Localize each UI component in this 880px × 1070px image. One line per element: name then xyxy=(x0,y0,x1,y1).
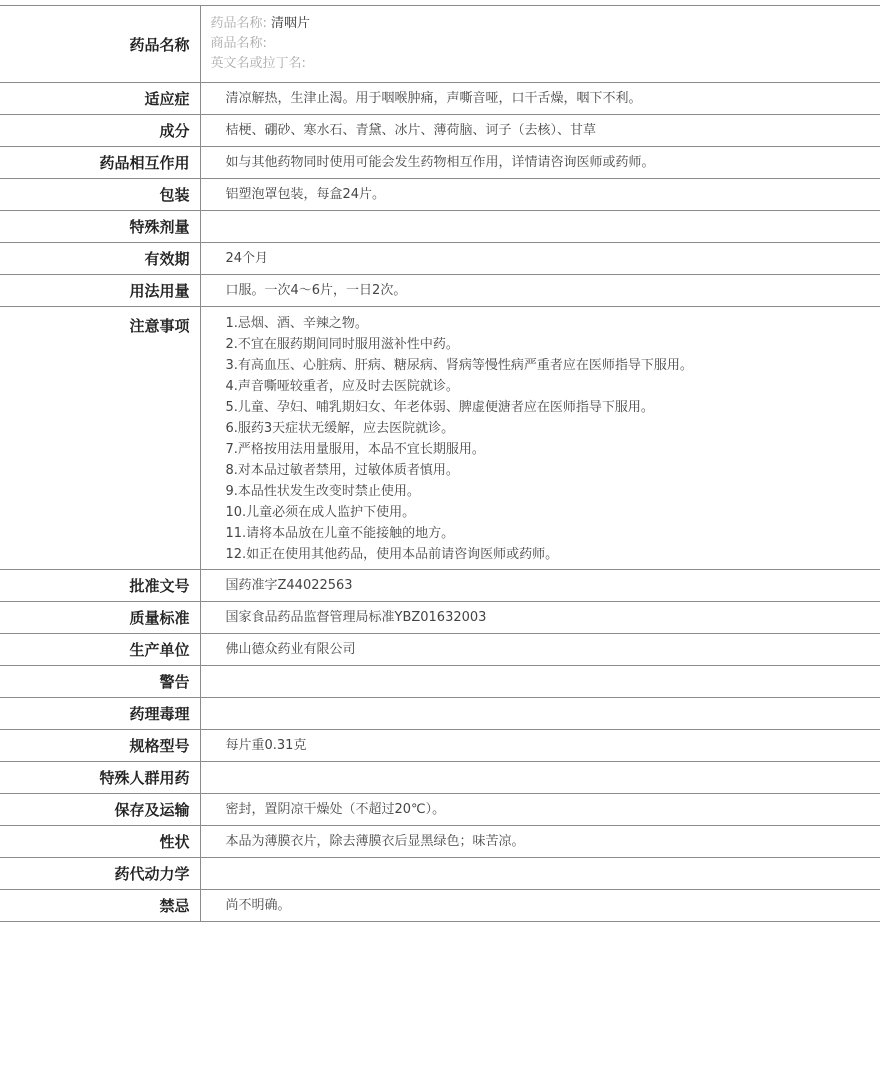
row-label: 药品名称 xyxy=(0,6,200,83)
row-value: 国家食品药品监督管理局标准YBZ01632003 xyxy=(200,602,880,634)
row-specification: 规格型号 每片重0.31克 xyxy=(0,730,880,762)
row-label: 保存及运输 xyxy=(0,794,200,826)
row-value: 密封，置阴凉干燥处（不超过20℃）。 xyxy=(200,794,880,826)
generic-name-line: 药品名称: 清咽片 xyxy=(211,14,880,34)
row-label: 禁忌 xyxy=(0,890,200,922)
drug-spec-table: 药品名称 药品名称: 清咽片 商品名称: 英文名或拉丁名: 适应症 清凉解热，生… xyxy=(0,5,880,922)
trade-name-label: 商品名称: xyxy=(211,36,267,51)
row-packaging: 包装 铝塑泡罩包装，每盒24片。 xyxy=(0,179,880,211)
precaution-item: 4.声音嘶哑较重者，应及时去医院就诊。 xyxy=(226,376,880,397)
row-label: 性状 xyxy=(0,826,200,858)
row-value: 每片重0.31克 xyxy=(200,730,880,762)
row-label: 成分 xyxy=(0,115,200,147)
row-value: 如与其他药物同时使用可能会发生药物相互作用，详情请咨询医师或药师。 xyxy=(200,147,880,179)
row-value: 清凉解热，生津止渴。用于咽喉肿痛，声嘶音哑，口干舌燥，咽下不利。 xyxy=(200,83,880,115)
row-value: 佛山德众药业有限公司 xyxy=(200,634,880,666)
row-manufacturer: 生产单位 佛山德众药业有限公司 xyxy=(0,634,880,666)
trade-name-line: 商品名称: xyxy=(211,34,880,54)
row-storage-transport: 保存及运输 密封，置阴凉干燥处（不超过20℃）。 xyxy=(0,794,880,826)
row-quality-standard: 质量标准 国家食品药品监督管理局标准YBZ01632003 xyxy=(0,602,880,634)
row-value: 铝塑泡罩包装，每盒24片。 xyxy=(200,179,880,211)
row-value: 桔梗、硼砂、寒水石、青黛、冰片、薄荷脑、诃子（去核）、甘草 xyxy=(200,115,880,147)
precaution-item: 9.本品性状发生改变时禁止使用。 xyxy=(226,481,880,502)
row-usage-dosage: 用法用量 口服。一次4～6片，一日2次。 xyxy=(0,275,880,307)
precaution-item: 1.忌烟、酒、辛辣之物。 xyxy=(226,313,880,334)
row-value: 24个月 xyxy=(200,243,880,275)
precautions-list-cell: 1.忌烟、酒、辛辣之物。 2.不宜在服药期间同时服用滋补性中药。 3.有高血压、… xyxy=(200,307,880,570)
row-value xyxy=(200,666,880,698)
drug-name-values: 药品名称: 清咽片 商品名称: 英文名或拉丁名: xyxy=(200,6,880,83)
precautions-list: 1.忌烟、酒、辛辣之物。 2.不宜在服药期间同时服用滋补性中药。 3.有高血压、… xyxy=(226,313,880,565)
row-special-populations: 特殊人群用药 xyxy=(0,762,880,794)
precaution-item: 7.严格按用法用量服用，本品不宜长期服用。 xyxy=(226,439,880,460)
row-label: 规格型号 xyxy=(0,730,200,762)
row-label: 适应症 xyxy=(0,83,200,115)
precaution-item: 3.有高血压、心脏病、肝病、糖尿病、肾病等慢性病严重者应在医师指导下服用。 xyxy=(226,355,880,376)
row-label: 用法用量 xyxy=(0,275,200,307)
row-value: 国药准字Z44022563 xyxy=(200,570,880,602)
row-drug-name: 药品名称 药品名称: 清咽片 商品名称: 英文名或拉丁名: xyxy=(0,6,880,83)
generic-name-label: 药品名称: xyxy=(211,16,267,31)
precaution-item: 5.儿童、孕妇、哺乳期妇女、年老体弱、脾虚便溏者应在医师指导下服用。 xyxy=(226,397,880,418)
row-precautions: 注意事项 1.忌烟、酒、辛辣之物。 2.不宜在服药期间同时服用滋补性中药。 3.… xyxy=(0,307,880,570)
row-pharmacology-toxicology: 药理毒理 xyxy=(0,698,880,730)
english-name-label: 英文名或拉丁名: xyxy=(211,56,306,71)
precaution-item: 11.请将本品放在儿童不能接触的地方。 xyxy=(226,523,880,544)
precaution-item: 2.不宜在服药期间同时服用滋补性中药。 xyxy=(226,334,880,355)
precaution-item: 8.对本品过敏者禁用，过敏体质者慎用。 xyxy=(226,460,880,481)
row-label: 质量标准 xyxy=(0,602,200,634)
row-value: 尚不明确。 xyxy=(200,890,880,922)
row-interactions: 药品相互作用 如与其他药物同时使用可能会发生药物相互作用，详情请咨询医师或药师。 xyxy=(0,147,880,179)
row-ingredients: 成分 桔梗、硼砂、寒水石、青黛、冰片、薄荷脑、诃子（去核）、甘草 xyxy=(0,115,880,147)
row-pharmacokinetics: 药代动力学 xyxy=(0,858,880,890)
row-value: 口服。一次4～6片，一日2次。 xyxy=(200,275,880,307)
row-special-dosage: 特殊剂量 xyxy=(0,211,880,243)
row-label: 批准文号 xyxy=(0,570,200,602)
row-label: 药品相互作用 xyxy=(0,147,200,179)
row-value xyxy=(200,698,880,730)
row-label: 药理毒理 xyxy=(0,698,200,730)
precaution-item: 10.儿童必须在成人监护下使用。 xyxy=(226,502,880,523)
row-label: 包装 xyxy=(0,179,200,211)
row-description: 性状 本品为薄膜衣片，除去薄膜衣后显黑绿色；味苦凉。 xyxy=(0,826,880,858)
row-approval-number: 批准文号 国药准字Z44022563 xyxy=(0,570,880,602)
row-contraindications: 禁忌 尚不明确。 xyxy=(0,890,880,922)
row-label: 注意事项 xyxy=(0,307,200,570)
row-label: 警告 xyxy=(0,666,200,698)
row-label: 药代动力学 xyxy=(0,858,200,890)
row-shelf-life: 有效期 24个月 xyxy=(0,243,880,275)
generic-name-value: 清咽片 xyxy=(271,16,310,31)
row-label: 特殊剂量 xyxy=(0,211,200,243)
precaution-item: 12.如正在使用其他药品，使用本品前请咨询医师或药师。 xyxy=(226,544,880,565)
row-value xyxy=(200,211,880,243)
row-label: 特殊人群用药 xyxy=(0,762,200,794)
row-indications: 适应症 清凉解热，生津止渴。用于咽喉肿痛，声嘶音哑，口干舌燥，咽下不利。 xyxy=(0,83,880,115)
row-value xyxy=(200,762,880,794)
row-value: 本品为薄膜衣片，除去薄膜衣后显黑绿色；味苦凉。 xyxy=(200,826,880,858)
row-label: 有效期 xyxy=(0,243,200,275)
english-name-line: 英文名或拉丁名: xyxy=(211,54,880,74)
row-warning: 警告 xyxy=(0,666,880,698)
row-value xyxy=(200,858,880,890)
precaution-item: 6.服药3天症状无缓解，应去医院就诊。 xyxy=(226,418,880,439)
row-label: 生产单位 xyxy=(0,634,200,666)
